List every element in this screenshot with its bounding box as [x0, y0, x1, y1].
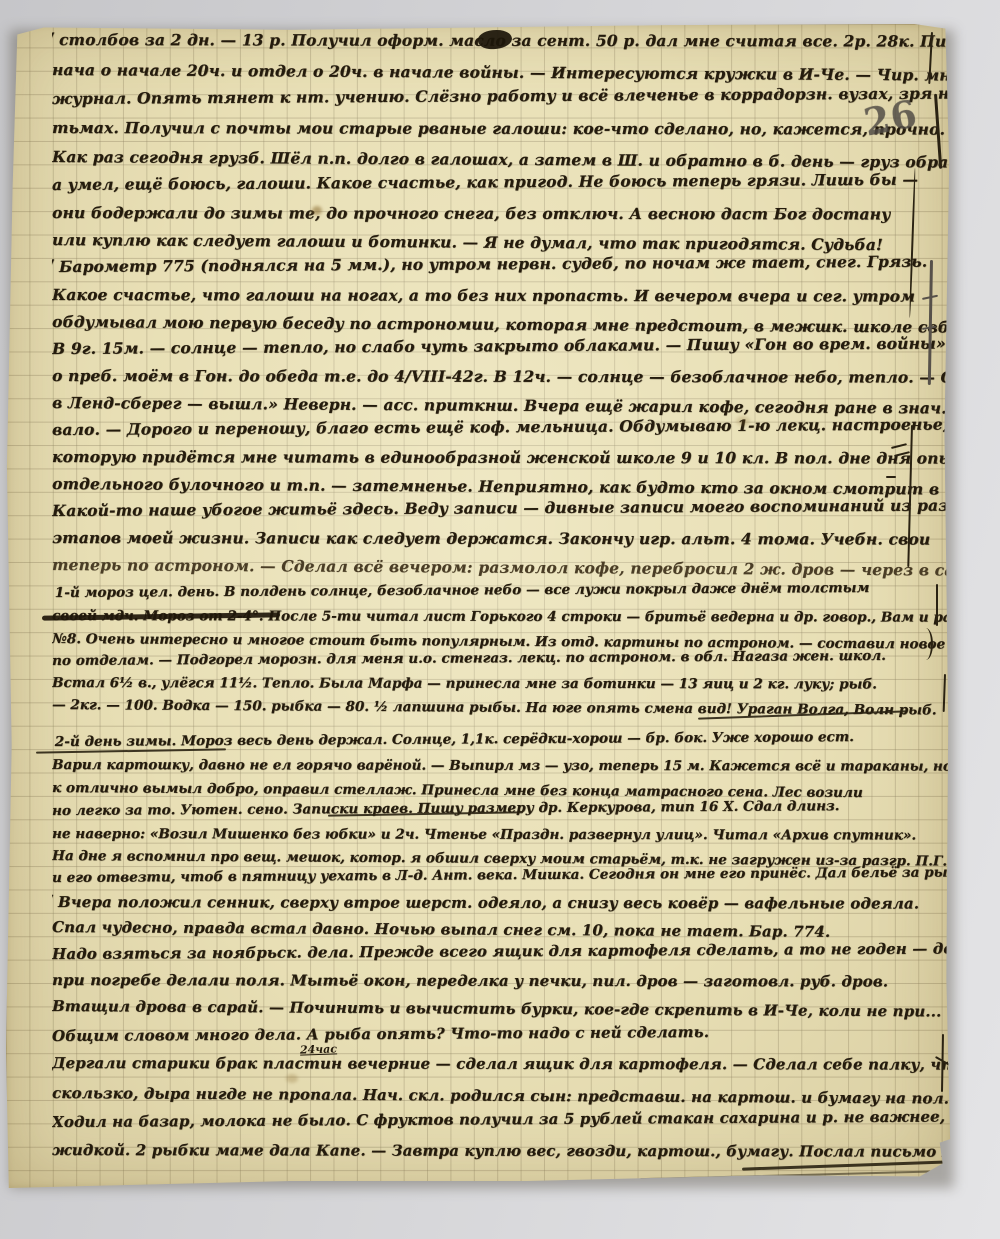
handwritten-line: 27/1-й мороз цел. день. В полдень солнце…	[52, 577, 869, 603]
line-text: Варил картошку, давно не ел горячо варён…	[52, 757, 948, 775]
line-text: и его отвезти, чтоб в пятницу уехать в Л…	[52, 864, 948, 886]
handwritten-line: 29/Вчера положил сенник, сверху втрое ше…	[52, 891, 919, 914]
handwritten-line: нача о начале 20ч. и отдел о 20ч. в нача…	[52, 60, 948, 85]
handwritten-line: Втащил дрова в сарай. — Починить и вычис…	[52, 996, 942, 1021]
paper-stain	[312, 206, 322, 215]
entry-date-marker: 25/	[52, 30, 59, 50]
line-text: Ходил на базар, молока не было. С фрукто…	[52, 1108, 945, 1131]
handwritten-line: Надо взяться за ноябрьск. дела. Прежде в…	[52, 939, 948, 964]
line-text: при погребе делали поля. Мытьё окон, пер…	[52, 971, 888, 990]
handwritten-line: журнал. Опять тянет к нт. учению. Слёзно…	[52, 84, 948, 109]
line-text: но легко за то. Уютен. сено. Записки кра…	[52, 798, 839, 819]
handwritten-line: но легко за то. Уютен. сено. Записки кра…	[52, 796, 839, 821]
line-text: они бодержали до зимы те, до прочного сн…	[52, 203, 891, 223]
scanned-diary-photo: { "page": { "type": "handwritten diary p…	[0, 0, 1000, 1239]
handwritten-line: они бодержали до зимы те, до прочного сн…	[52, 203, 891, 224]
handwritten-line: этапов моей жизни. Записи как следует де…	[52, 528, 930, 550]
line-text: нача о начале 20ч. и отдел о 20ч. в нача…	[52, 60, 948, 85]
margin-emphasis-stroke	[943, 674, 946, 712]
margin-bracket-mark	[921, 628, 933, 660]
handwritten-line: Спал чудесно, правда встал давно. Ночью …	[52, 917, 830, 942]
line-text: Какое счастье, что галоши на ногах, а то…	[52, 285, 915, 306]
line-text: журнал. Опять тянет к нт. учению. Слёзно…	[52, 84, 948, 108]
handwritten-line: 26/Барометр 775 (поднялся на 5 мм.), но …	[52, 252, 927, 277]
line-text: Барометр 775 (поднялся на 5 мм.), но утр…	[59, 252, 927, 276]
margin-tick-mark	[886, 476, 896, 478]
line-text: Вчера положил сенник, сверху втрое шерст…	[58, 893, 919, 913]
handwritten-line: скользко, дыра нигде не пропала. Нач. ск…	[52, 1083, 948, 1108]
line-text: Общим словом много дела. А рыба опять? Ч…	[52, 1023, 709, 1045]
line-text: о преб. моём в Гон. до обеда т.е. до 4/V…	[52, 366, 948, 387]
line-text: Как раз сегодня грузб. Шёл п.п. долго в …	[52, 147, 948, 172]
handwritten-line: которую придётся мне читать в единообраз…	[52, 447, 948, 469]
underline-mark	[742, 1160, 952, 1170]
handwritten-line: не наверно: «Возил Мишенко без юбки» и 2…	[52, 824, 916, 846]
line-text: Какой-то наше убогое житьё здесь. Веду з…	[52, 496, 948, 520]
line-text: Дергали старики брак пластин вечерние — …	[52, 1054, 948, 1074]
notebook-page: 25/столбов за 2 дн. — 13 р. Получил офор…	[6, 24, 952, 1188]
handwritten-line: жидкой. 2 рыбки маме дала Капе. — Завтра…	[52, 1140, 948, 1162]
line-text: по отделам. — Подгорел морозн. для меня …	[52, 648, 886, 669]
line-text: теперь по астроном. — Сделал всё вечером…	[52, 555, 948, 580]
paper-stain	[736, 416, 750, 426]
line-text: Спал чудесно, правда встал давно. Ночью …	[52, 918, 830, 941]
line-text: В 9г. 15м. — солнце — тепло, но слабо чу…	[52, 334, 948, 358]
handwritten-line: Ходил на базар, молока не было. С фрукто…	[52, 1107, 945, 1132]
line-text: Встал 6½ в., улёгся 11½. Тепло. Была Мар…	[52, 675, 877, 692]
handwritten-line: и его отвезти, чтоб в пятницу уехать в Л…	[52, 863, 948, 888]
handwritten-line: Общим словом много дела. А рыба опять? Ч…	[52, 1022, 709, 1046]
line-text: этапов моей жизни. Записи как следует де…	[52, 528, 930, 549]
line-text: обдумывал мою первую беседу по астрономи…	[52, 312, 948, 337]
handwritten-line: или куплю как следует галоши и ботинки. …	[52, 230, 883, 255]
line-text: в Ленд-сберег — вышл.» Неверн. — асс. пр…	[52, 393, 947, 417]
handwritten-line: Дергали старики брак пластин вечерние — …	[52, 1053, 948, 1075]
handwritten-line: Какое счастье, что галоши на ногах, а то…	[52, 285, 915, 307]
line-text: 2-й день зимы. Мороз весь день держал. С…	[55, 729, 854, 750]
line-text: или куплю как следует галоши и ботинки. …	[52, 230, 883, 254]
handwritten-line: о преб. моём в Гон. до обеда т.е. до 4/V…	[52, 366, 948, 388]
handwritten-line: Какой-то наше убогое житьё здесь. Веду з…	[52, 496, 948, 521]
handwritten-line: тьмах. Получил с почты мои старые рваные…	[52, 118, 945, 140]
line-text: которую придётся мне читать в единообраз…	[52, 447, 948, 468]
line-text: тьмах. Получил с почты мои старые рваные…	[52, 118, 945, 139]
line-text: вало. — Дорого и переношу, благо есть ещ…	[52, 415, 948, 439]
handwritten-line: Варил картошку, давно не ел горячо варён…	[52, 755, 948, 777]
interline-insertion: 24час	[300, 1042, 337, 1056]
line-text: жидкой. 2 рыбки маме дала Капе. — Завтра…	[52, 1141, 948, 1161]
line-text: скользко, дыра нигде не пропала. Нач. ск…	[52, 1084, 948, 1107]
handwritten-line: Как раз сегодня грузб. Шёл п.п. долго в …	[52, 147, 948, 172]
handwritten-line: Встал 6½ в., улёгся 11½. Тепло. Была Мар…	[52, 673, 877, 694]
line-text: 1-й мороз цел. день. В полдень солнце, б…	[55, 580, 870, 601]
handwritten-line: по отделам. — Подгорел морозн. для меня …	[52, 646, 886, 671]
handwritten-line: а умел, ещё боюсь, галоши. Какое счастье…	[52, 170, 918, 195]
handwritten-line: при погребе делали поля. Мытьё окон, пер…	[52, 970, 888, 991]
handwritten-line: — 2кг. — 100. Водка — 150. рыбка — 80. ½…	[52, 695, 937, 720]
line-text: Надо взяться за ноябрьск. дела. Прежде в…	[52, 939, 948, 963]
handwritten-line: 28/2-й день зимы. Мороз весь день держал…	[52, 726, 854, 752]
line-text: Втащил дрова в сарай. — Починить и вычис…	[52, 997, 942, 1020]
handwritten-line: В 9г. 15м. — солнце — тепло, но слабо чу…	[52, 334, 948, 359]
margin-emphasis-stroke	[936, 584, 938, 626]
paper-stain	[286, 1074, 298, 1083]
handwritten-line: вало. — Дорого и переношу, благо есть ещ…	[52, 415, 948, 440]
line-text: а умел, ещё боюсь, галоши. Какое счастье…	[52, 170, 918, 194]
line-text: не наверно: «Возил Мишенко без юбки» и 2…	[52, 826, 916, 844]
